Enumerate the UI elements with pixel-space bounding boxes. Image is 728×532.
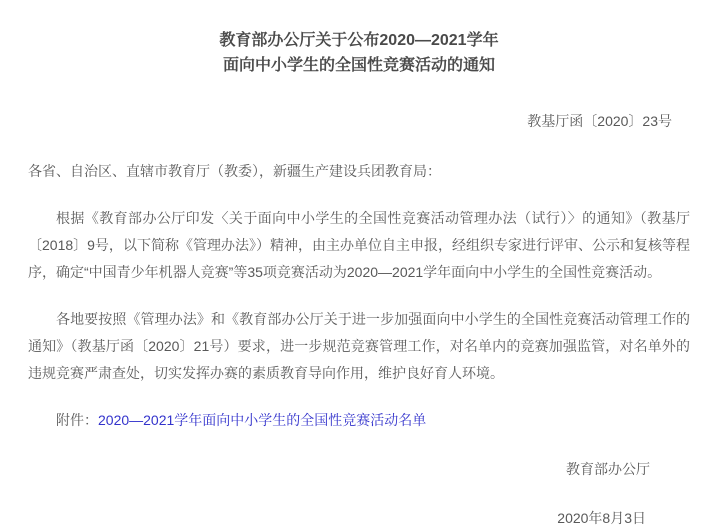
- body-paragraph-1: 根据《教育部办公厅印发〈关于面向中小学生的全国性竞赛活动管理办法（试行）〉的通知…: [28, 205, 690, 286]
- attachment-link[interactable]: 2020—2021学年面向中小学生的全国性竞赛活动名单: [98, 412, 426, 428]
- salutation: 各省、自治区、直辖市教育厅（教委），新疆生产建设兵团教育局：: [28, 158, 690, 185]
- doc-number: 教基厅函〔2020〕23号: [28, 112, 690, 130]
- title-line-2: 面向中小学生的全国性竞赛活动的通知: [28, 53, 690, 78]
- attachment-line: 附件：2020—2021学年面向中小学生的全国性竞赛活动名单: [28, 407, 690, 434]
- title-line-1: 教育部办公厅关于公布2020—2021学年: [28, 28, 690, 53]
- body-paragraph-2: 各地要按照《管理办法》和《教育部办公厅关于进一步加强面向中小学生的全国性竞赛活动…: [28, 306, 690, 387]
- issuer-signature: 教育部办公厅: [28, 456, 690, 483]
- issue-date: 2020年8月3日: [28, 505, 690, 532]
- attachment-label: 附件：: [56, 412, 98, 428]
- page-title: 教育部办公厅关于公布2020—2021学年 面向中小学生的全国性竞赛活动的通知: [28, 28, 690, 78]
- notice-document: 教育部办公厅关于公布2020—2021学年 面向中小学生的全国性竞赛活动的通知 …: [0, 0, 728, 532]
